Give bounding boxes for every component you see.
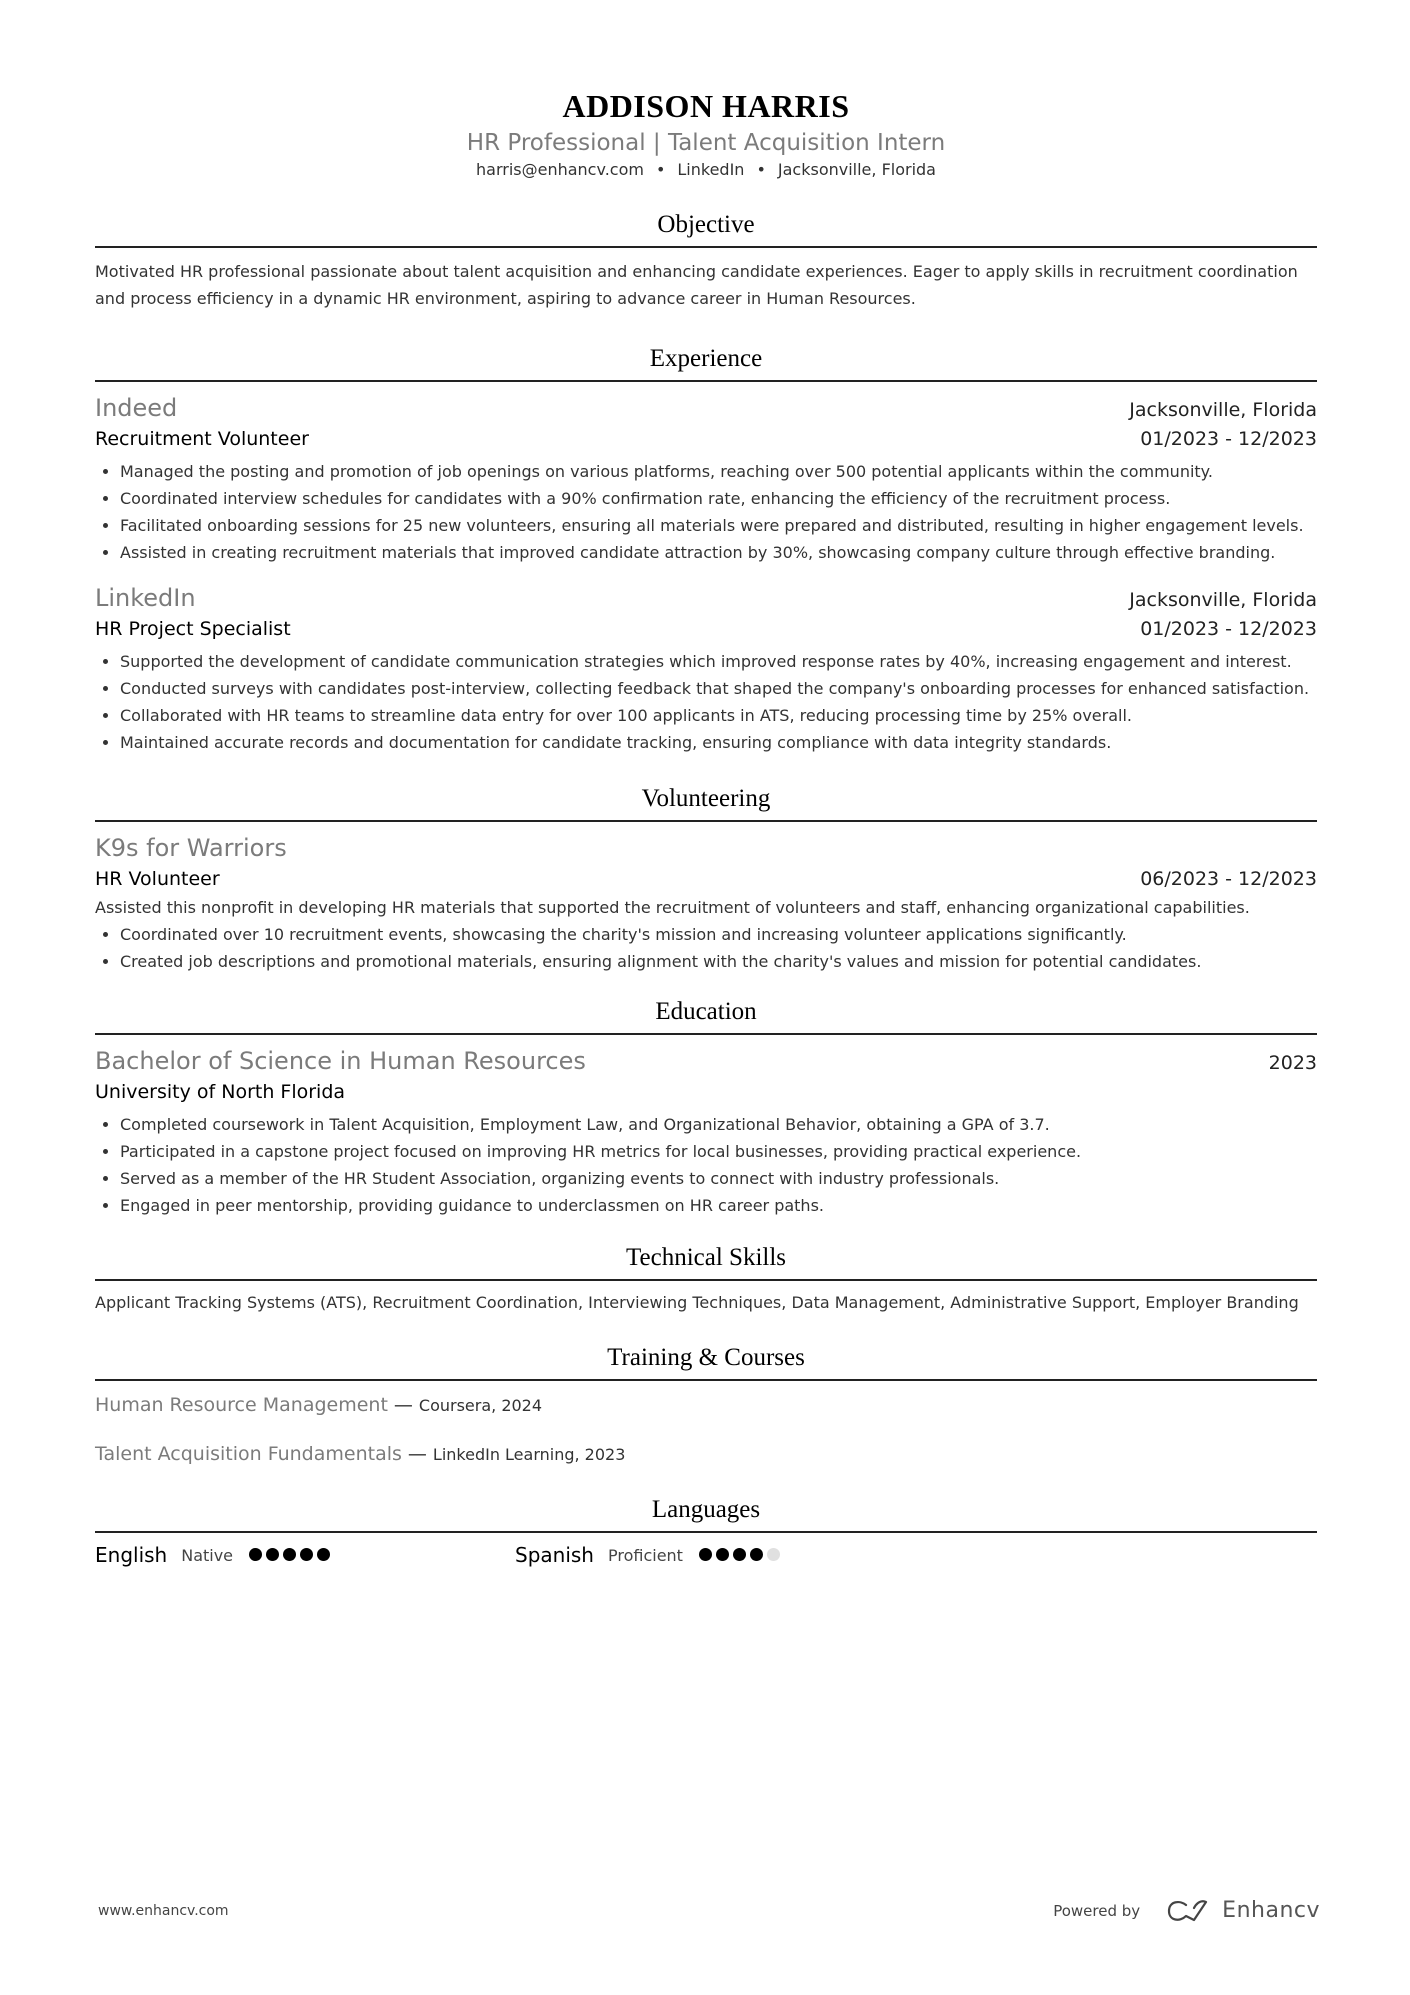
- section-divider: [95, 1279, 1317, 1281]
- proficiency-rating: [249, 1546, 334, 1565]
- proficiency-rating: [699, 1546, 784, 1565]
- rating-dot-filled-icon: [283, 1548, 296, 1561]
- job-title: HR Project Specialist: [95, 614, 291, 644]
- entry-dates: 06/2023 - 12/2023: [1140, 868, 1317, 890]
- language-name: English: [95, 1543, 167, 1567]
- bullet-item: Coordinated interview schedules for cand…: [120, 485, 1317, 512]
- entry-header-row: Bachelor of Science in Human Resources20…: [95, 1045, 1317, 1077]
- bullet-item: Participated in a capstone project focus…: [120, 1138, 1317, 1165]
- education-section: Education Bachelor of Science in Human R…: [95, 995, 1317, 1219]
- bullet-list: Managed the posting and promotion of job…: [95, 458, 1317, 566]
- rating-dot-empty-icon: [767, 1548, 780, 1561]
- bullet-list: Supported the development of candidate c…: [95, 648, 1317, 756]
- bullet-item: Created job descriptions and promotional…: [120, 948, 1317, 975]
- contact-separator: •: [656, 158, 665, 182]
- section-divider: [95, 1033, 1317, 1035]
- contact-email[interactable]: harris@enhancv.com: [476, 160, 644, 179]
- entry-role-row: HR Project Specialist01/2023 - 12/2023: [95, 614, 1317, 644]
- rating-dot-filled-icon: [699, 1548, 712, 1561]
- company-name: Indeed: [95, 392, 177, 424]
- contact-separator: •: [756, 158, 765, 182]
- candidate-name: ADDISON HARRIS: [95, 86, 1317, 126]
- section-heading: Technical Skills: [95, 1241, 1317, 1275]
- section-divider: [95, 820, 1317, 822]
- brand-logo[interactable]: Enhancv: [1166, 1898, 1320, 1923]
- brand-name: Enhancv: [1222, 1898, 1320, 1923]
- experience-list: IndeedJacksonville, FloridaRecruitment V…: [95, 392, 1317, 756]
- bullet-item: Maintained accurate records and document…: [120, 729, 1317, 756]
- course-title: Talent Acquisition Fundamentals: [95, 1443, 402, 1465]
- section-heading: Training & Courses: [95, 1341, 1317, 1375]
- bullet-item: Completed coursework in Talent Acquisiti…: [120, 1111, 1317, 1138]
- language-item: SpanishProficient: [515, 1543, 935, 1567]
- entry-role-row: Recruitment Volunteer01/2023 - 12/2023: [95, 424, 1317, 454]
- rating-dot-filled-icon: [716, 1548, 729, 1561]
- volunteering-section: Volunteering K9s for WarriorsHR Voluntee…: [95, 782, 1317, 975]
- course-provider: Coursera, 2024: [419, 1396, 542, 1415]
- course-item: Talent Acquisition Fundamentals—LinkedIn…: [95, 1430, 1317, 1479]
- language-name: Spanish: [515, 1543, 594, 1567]
- language-level: Native: [181, 1546, 233, 1565]
- bullet-item: Collaborated with HR teams to streamline…: [120, 702, 1317, 729]
- enhancv-logo-icon: [1166, 1899, 1212, 1923]
- section-heading: Education: [95, 995, 1317, 1029]
- entry-header-row: IndeedJacksonville, Florida: [95, 392, 1317, 424]
- skills-section: Technical Skills Applicant Tracking Syst…: [95, 1241, 1317, 1315]
- section-heading: Objective: [95, 208, 1317, 242]
- rating-dot-filled-icon: [317, 1548, 330, 1561]
- candidate-title: HR Professional | Talent Acquisition Int…: [95, 128, 1317, 158]
- powered-by-label: Powered by: [1053, 1902, 1140, 1920]
- rating-dot-filled-icon: [300, 1548, 313, 1561]
- entry-role-row: HR Volunteer06/2023 - 12/2023: [95, 864, 1317, 894]
- contact-line: harris@enhancv.com•LinkedIn•Jacksonville…: [95, 158, 1317, 182]
- section-heading: Languages: [95, 1493, 1317, 1527]
- contact-linkedin[interactable]: LinkedIn: [677, 160, 744, 179]
- rating-dot-filled-icon: [733, 1548, 746, 1561]
- bullet-item: Coordinated over 10 recruitment events, …: [120, 921, 1317, 948]
- entry-location: Jacksonville, Florida: [1129, 589, 1317, 611]
- bullet-item: Supported the development of candidate c…: [120, 648, 1317, 675]
- section-heading: Experience: [95, 342, 1317, 376]
- rating-dot-filled-icon: [249, 1548, 262, 1561]
- entry-location: Jacksonville, Florida: [1129, 399, 1317, 421]
- volunteer-role: HR Volunteer: [95, 864, 220, 894]
- training-list: Human Resource Management—Coursera, 2024…: [95, 1381, 1317, 1479]
- section-heading: Volunteering: [95, 782, 1317, 816]
- bullet-list: Completed coursework in Talent Acquisiti…: [95, 1111, 1317, 1219]
- course-title: Human Resource Management: [95, 1394, 388, 1416]
- objective-section: Objective Motivated HR professional pass…: [95, 208, 1317, 312]
- bullet-item: Assisted in creating recruitment materia…: [120, 539, 1317, 566]
- resume-page: ADDISON HARRIS HR Professional | Talent …: [95, 0, 1317, 1567]
- degree-name: Bachelor of Science in Human Resources: [95, 1045, 586, 1077]
- experience-section: Experience IndeedJacksonville, FloridaRe…: [95, 342, 1317, 756]
- footer-url[interactable]: www.enhancv.com: [98, 1903, 229, 1919]
- section-divider: [95, 1531, 1317, 1533]
- entry-dates: 01/2023 - 12/2023: [1140, 428, 1317, 450]
- language-level: Proficient: [608, 1546, 683, 1565]
- school-name: University of North Florida: [95, 1077, 1317, 1107]
- course-item: Human Resource Management—Coursera, 2024: [95, 1381, 1317, 1430]
- skills-text: Applicant Tracking Systems (ATS), Recrui…: [95, 1291, 1317, 1315]
- company-name: LinkedIn: [95, 582, 196, 614]
- bullet-item: Managed the posting and promotion of job…: [120, 458, 1317, 485]
- language-item: EnglishNative: [95, 1543, 515, 1567]
- bullet-item: Conducted surveys with candidates post-i…: [120, 675, 1317, 702]
- contact-location: Jacksonville, Florida: [778, 160, 936, 179]
- section-divider: [95, 380, 1317, 382]
- rating-dot-filled-icon: [266, 1548, 279, 1561]
- entry-header-row: LinkedInJacksonville, Florida: [95, 582, 1317, 614]
- volunteering-entry: K9s for WarriorsHR Volunteer06/2023 - 12…: [95, 832, 1317, 975]
- graduation-year: 2023: [1269, 1052, 1317, 1074]
- rating-dot-filled-icon: [750, 1548, 763, 1561]
- section-divider: [95, 246, 1317, 248]
- entry-description: Assisted this nonprofit in developing HR…: [95, 894, 1317, 921]
- languages-section: Languages EnglishNativeSpanishProficient: [95, 1493, 1317, 1567]
- education-entry: Bachelor of Science in Human Resources20…: [95, 1045, 1317, 1219]
- bullet-item: Served as a member of the HR Student Ass…: [120, 1165, 1317, 1192]
- training-section: Training & Courses Human Resource Manage…: [95, 1341, 1317, 1479]
- job-title: Recruitment Volunteer: [95, 424, 309, 454]
- page-footer: www.enhancv.com Powered by Enhancv: [98, 1898, 1320, 1923]
- course-dash: —: [408, 1443, 427, 1465]
- organization-name: K9s for Warriors: [95, 832, 1317, 864]
- course-dash: —: [394, 1394, 413, 1416]
- volunteering-list: K9s for WarriorsHR Volunteer06/2023 - 12…: [95, 832, 1317, 975]
- languages-list: EnglishNativeSpanishProficient: [95, 1543, 1317, 1567]
- objective-text: Motivated HR professional passionate abo…: [95, 258, 1317, 312]
- bullet-list: Coordinated over 10 recruitment events, …: [95, 921, 1317, 975]
- education-list: Bachelor of Science in Human Resources20…: [95, 1045, 1317, 1219]
- course-provider: LinkedIn Learning, 2023: [433, 1445, 626, 1464]
- entry-dates: 01/2023 - 12/2023: [1140, 618, 1317, 640]
- powered-by: Powered by Enhancv: [1053, 1898, 1320, 1923]
- bullet-item: Facilitated onboarding sessions for 25 n…: [120, 512, 1317, 539]
- experience-entry: IndeedJacksonville, FloridaRecruitment V…: [95, 392, 1317, 566]
- resume-header: ADDISON HARRIS HR Professional | Talent …: [95, 0, 1317, 182]
- bullet-item: Engaged in peer mentorship, providing gu…: [120, 1192, 1317, 1219]
- experience-entry: LinkedInJacksonville, FloridaHR Project …: [95, 582, 1317, 756]
